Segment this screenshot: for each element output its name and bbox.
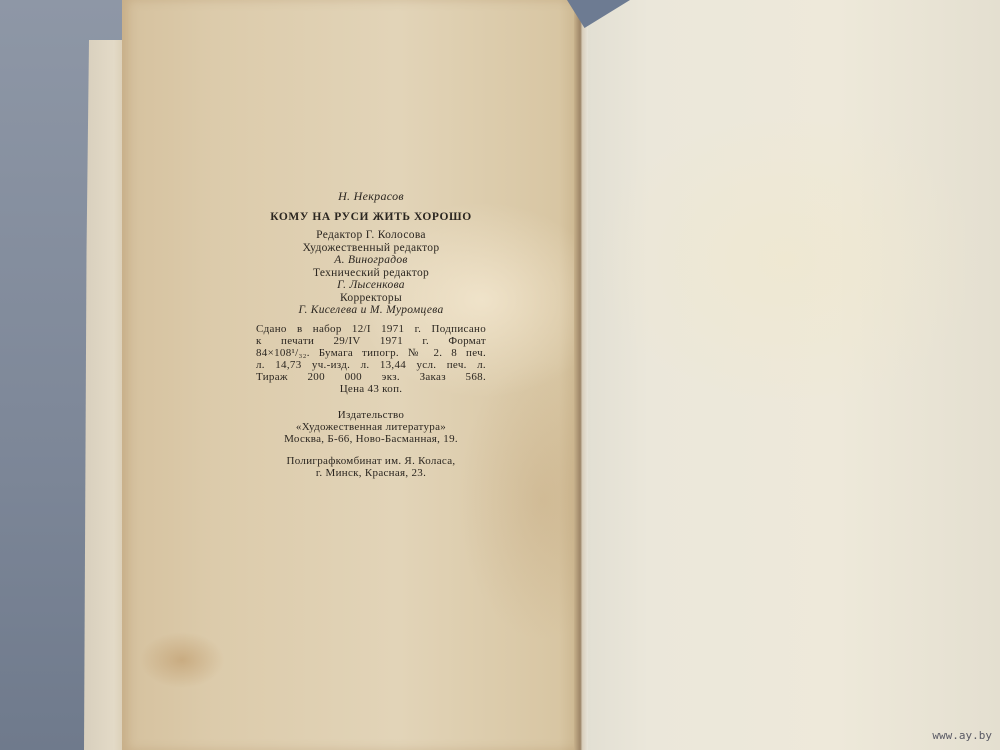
book-spine-gutter [574,0,588,750]
imprint-line: к печати 29/IV 1971 г. Формат [256,335,486,347]
tech-editor-name: Г. Лысенкова [256,279,486,292]
author: Н. Некрасов [256,190,486,203]
watermark: www.ay.by [932,729,992,742]
publisher-name: «Художественная литература» [256,421,486,433]
editor-line: Редактор Г. Колосова [256,229,486,242]
imprint-line: Тираж 200 000 экз. Заказ 568. [256,371,486,383]
colophon-text: Н. Некрасов КОМУ НА РУСИ ЖИТЬ ХОРОШО Ред… [256,190,486,479]
art-editor-role: Художественный редактор [256,242,486,255]
printer-block: Полиграфкомбинат им. Я. Коласа, г. Минск… [256,455,486,479]
publisher-address: Москва, Б-66, Ново-Басманная, 19. [256,433,486,445]
imprint-line: Сдано в набор 12/I 1971 г. Подписано [256,323,486,335]
price: Цена 43 коп. [256,383,486,396]
photo-scene: Н. Некрасов КОМУ НА РУСИ ЖИТЬ ХОРОШО Ред… [0,0,1000,750]
right-page-blank [587,0,1000,750]
publisher-label: Издательство [256,409,486,421]
proofreaders-names: Г. Киселева и М. Муромцева [256,304,486,317]
proofreaders-role: Корректоры [256,292,486,305]
book-title: КОМУ НА РУСИ ЖИТЬ ХОРОШО [256,211,486,224]
tech-editor-role: Технический редактор [256,267,486,280]
publisher-block: Издательство «Художественная литература»… [256,409,486,445]
printer-address: г. Минск, Красная, 23. [256,467,486,479]
printer-name: Полиграфкомбинат им. Я. Коласа, [256,455,486,467]
art-editor-name: А. Виноградов [256,254,486,267]
imprint-line: л. 14,73 уч.-изд. л. 13,44 усл. печ. л. [256,359,486,371]
imprint-details: Сдано в набор 12/I 1971 г. Подписано к п… [256,323,486,383]
imprint-line: 84×108¹/₃₂. Бумага типогр. № 2. 8 печ. [256,347,486,359]
